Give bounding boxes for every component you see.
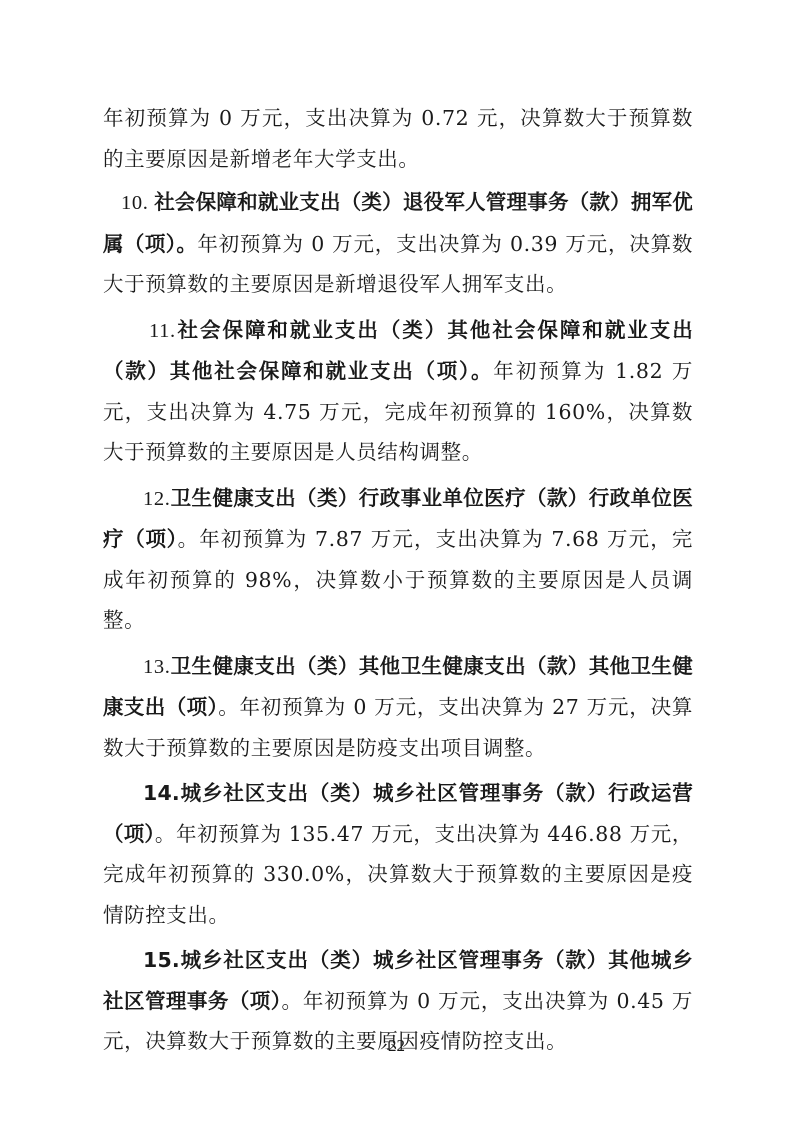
item-body: 。年初预算为 135.47 万元，支出决算为 446.88 万元，完成年初预算的…	[103, 822, 693, 927]
budget-item-14: 14.城乡社区支出（类）城乡社区管理事务（款）行政运营（项）。年初预算为 135…	[103, 773, 693, 935]
item-number: 10.	[121, 192, 154, 214]
budget-item-10: 10. 社会保障和就业支出（类）退役军人管理事务（款）拥军优属（项）。年初预算为…	[103, 182, 693, 305]
item-number: 14.	[143, 781, 180, 805]
budget-item-12: 12.卫生健康支出（类）行政事业单位医疗（款）行政单位医疗（项）。年初预算为 7…	[103, 478, 693, 641]
item-number: 12.	[143, 488, 170, 510]
document-page: 年初预算为 0 万元，支出决算为 0.72 元，决算数大于预算数的主要原因是新增…	[103, 98, 693, 1067]
budget-item-13: 13.卫生健康支出（类）其他卫生健康支出（款）其他卫生健康支出（项）。年初预算为…	[103, 646, 693, 769]
item-body: 。年初预算为 7.87 万元，支出决算为 7.68 万元，完成年初预算的 98%…	[103, 527, 693, 632]
item-number: 15.	[143, 948, 180, 972]
continuation-paragraph: 年初预算为 0 万元，支出决算为 0.72 元，决算数大于预算数的主要原因是新增…	[103, 98, 693, 179]
budget-item-11: 11.社会保障和就业支出（类）其他社会保障和就业支出（款）其他社会保障和就业支出…	[103, 310, 693, 473]
item-number: 13.	[143, 656, 170, 678]
item-number: 11.	[149, 320, 176, 342]
page-number: 22	[0, 1036, 793, 1056]
